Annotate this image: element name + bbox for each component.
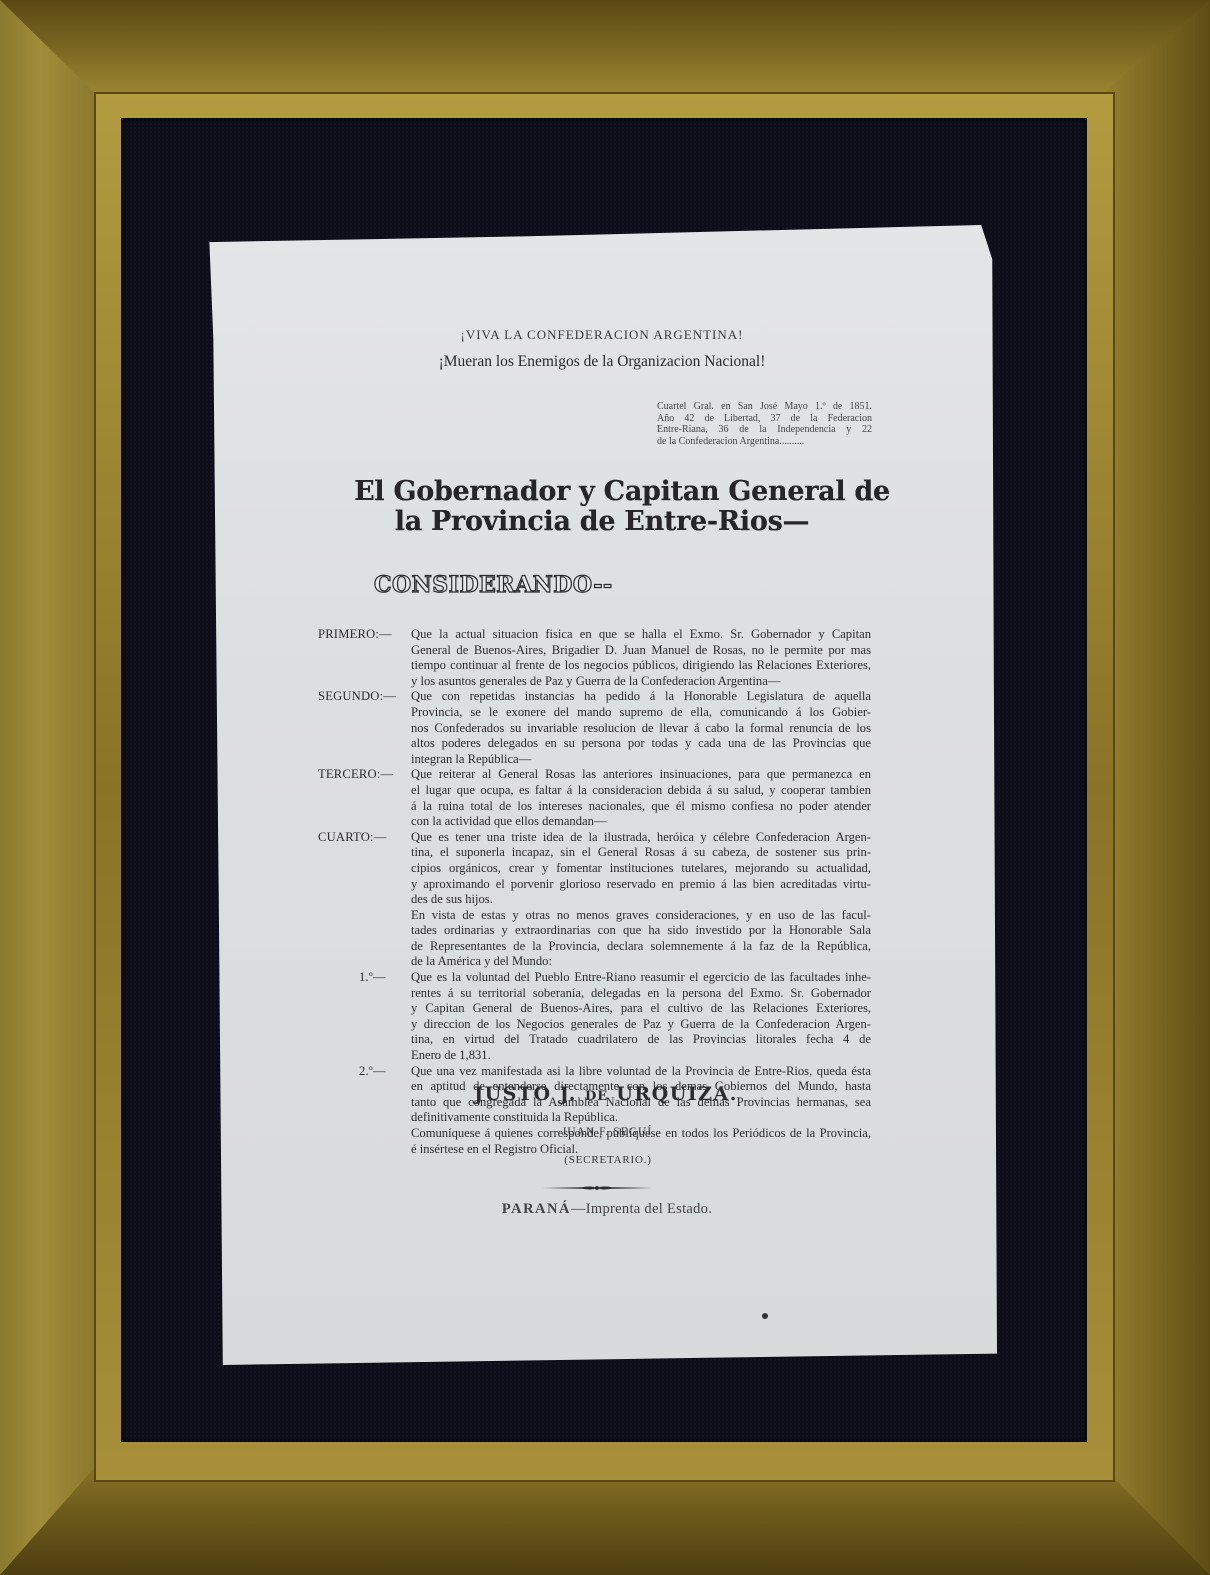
considerando-heading: CONSIDERANDO--	[374, 572, 613, 598]
text-line: de Representantes de la Provincia, decla…	[411, 939, 871, 955]
signature-part: URQUIZA.	[616, 1083, 738, 1105]
text-line: Que una vez manifestada asi la libre vol…	[411, 1064, 871, 1080]
frame-top-rail	[0, 0, 1210, 95]
header-mueran: ¡Mueran los Enemigos de la Organizacion …	[207, 353, 997, 371]
dateline-line: Entre-Riana, 36 de la Independencia y 22	[657, 424, 872, 436]
text-line: Que reiterar al General Rosas las anteri…	[411, 767, 871, 783]
clause-label: 1.º—	[359, 970, 386, 986]
text-line: Que con repetidas instancias ha pedido á…	[411, 689, 871, 705]
clause-label: SEGUNDO:—	[318, 689, 396, 705]
dateline-line: Cuartel Gral. en San José Mayo 1.º de 18…	[657, 401, 872, 413]
ink-speck	[762, 1313, 768, 1319]
secretary-title: (SECRETARIO.)	[207, 1154, 997, 1166]
signature-part: JUSTO J.	[474, 1083, 577, 1105]
imprint-city: PARANÁ	[502, 1201, 571, 1217]
considerando-clause: TERCERO:—Que reiterar al General Rosas l…	[319, 767, 871, 829]
text-line: tiempo continuar al frente de los negoci…	[411, 658, 871, 674]
document-title: El Gobernador y Capitan General de la Pr…	[207, 477, 997, 537]
clause-label: PRIMERO:—	[318, 627, 392, 643]
text-line: altos poderes delegados en su persona po…	[411, 736, 871, 752]
considerando-clause: SEGUNDO:—Que con repetidas instancias ha…	[319, 689, 871, 767]
text-line: á la ruina total de los intereses nacion…	[411, 799, 871, 815]
text-line: nos Confederados su invariable resolucio…	[411, 721, 871, 737]
resolution-article: 1.º—Que es la voluntad del Pueblo Entre-…	[319, 970, 871, 1064]
text-line: con la actividad que ellos demandan—	[411, 814, 871, 830]
decree-body: PRIMERO:—Que la actual situacion fisica …	[319, 627, 871, 1157]
text-line: de la América y del Mundo:	[411, 954, 871, 970]
clause-label: TERCERO:—	[318, 767, 393, 783]
text-line: En vista de estas y otras no menos grave…	[411, 908, 871, 924]
clause-label: CUARTO:—	[318, 830, 387, 846]
preamble-paragraph: En vista de estas y otras no menos grave…	[319, 908, 871, 970]
text-line: el lugar que ocupa, es faltar á la consi…	[411, 783, 871, 799]
imprint-text: —Imprenta del Estado.	[571, 1201, 712, 1217]
text-line: Que es tener una triste idea de la ilust…	[411, 830, 871, 846]
text-line: y los asuntos generales de Paz y Guerra …	[411, 674, 871, 690]
dateline: Cuartel Gral. en San José Mayo 1.º de 18…	[657, 401, 872, 447]
considerando-clause: CUARTO:—Que es tener una triste idea de …	[319, 830, 871, 908]
text-line: Que la actual situacion fisica en que se…	[411, 627, 871, 643]
title-line: El Gobernador y Capitan General de	[207, 477, 997, 507]
signature-urquiza: JUSTO J. DE URQUIZA.	[207, 1083, 997, 1105]
clause-label: 2.º—	[359, 1064, 386, 1080]
text-line: tina, el suponerla incapaz, sin el Gener…	[411, 845, 871, 861]
dateline-line: Año 42 de Libertad, 37 de la Federacion	[657, 413, 872, 425]
text-line: Que es la voluntad del Pueblo Entre-Rian…	[411, 970, 871, 986]
header-viva: ¡VIVA LA CONFEDERACION ARGENTINA!	[207, 327, 997, 343]
signature-part: DE	[585, 1089, 608, 1104]
text-line: integran la República—	[411, 752, 871, 768]
text-line: y direccion de los Negocios generales de…	[411, 1017, 871, 1033]
text-line: cipios orgánicos, crear y fomentar insti…	[411, 861, 871, 877]
text-line: Enero de 1,831.	[411, 1048, 871, 1064]
considerando-clause: PRIMERO:—Que la actual situacion fisica …	[319, 627, 871, 689]
printed-decree-sheet: ¡VIVA LA CONFEDERACION ARGENTINA! ¡Muera…	[207, 225, 997, 1365]
text-line: tades ordinarias y extraordinarias con q…	[411, 923, 871, 939]
ornamental-rule	[542, 1185, 652, 1191]
printer-imprint: PARANÁ—Imprenta del Estado.	[207, 1201, 997, 1218]
text-line: tina, en virtud del Tratado cuadrilatero…	[411, 1032, 871, 1048]
text-line: definitivamente constituida la República…	[411, 1110, 871, 1126]
text-line: des de sus hijos.	[411, 892, 871, 908]
text-line: rentes á su territorial soberanía, deleg…	[411, 986, 871, 1002]
text-line: Provincia, se le exonere del mando supre…	[411, 705, 871, 721]
text-line: y aproximando el porvenir glorioso reser…	[411, 877, 871, 893]
dateline-line: de la Confederacion Argentina..........	[657, 436, 872, 448]
text-line: y Capitan General de Buenos-Aires, para …	[411, 1001, 871, 1017]
secretary-name: JUAN F. SEGUÍ	[207, 1126, 997, 1138]
text-line: General de Buenos-Aires, Brigadier D. Ju…	[411, 643, 871, 659]
frame-left-rail	[0, 0, 100, 1575]
title-line: la Provincia de Entre-Rios—	[207, 507, 997, 537]
